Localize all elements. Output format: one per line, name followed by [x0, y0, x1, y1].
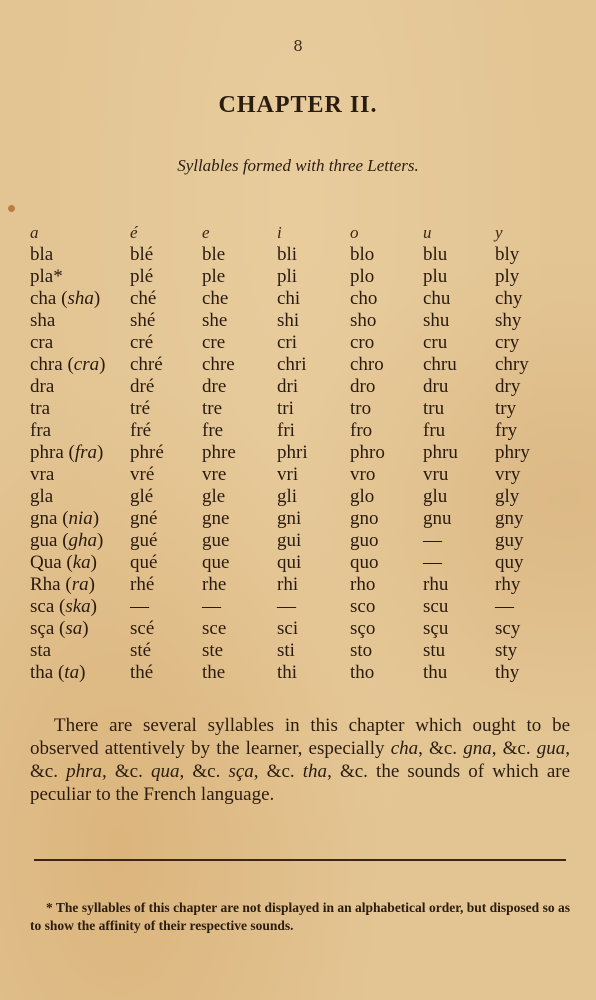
syllable-cell: glé: [130, 486, 153, 508]
pronunciation-note: fra: [75, 442, 97, 463]
syllable-cell: dro: [350, 376, 375, 398]
syllable: sça: [30, 618, 54, 639]
syllable-cell: guy: [495, 530, 524, 552]
syllable-cell: qué: [130, 552, 157, 574]
syllable-cell: gué: [130, 530, 157, 552]
row-first-syllable: sça (sa): [30, 618, 89, 640]
row-first-syllable: gua (gha): [30, 530, 103, 552]
syllable-cell: phre: [202, 442, 236, 464]
italic-syllable: sça: [228, 761, 253, 782]
syllable-cell: bly: [495, 244, 519, 266]
syllable-cell: gli: [277, 486, 297, 508]
syllable-cell: chu: [423, 288, 450, 310]
paragraph-text: , &c.: [254, 761, 303, 782]
syllable-cell: chré: [130, 354, 163, 376]
syllable-cell: rho: [350, 574, 375, 596]
syllable-cell: vré: [130, 464, 154, 486]
italic-syllable: qua: [151, 761, 180, 782]
syllable-cell: gni: [277, 508, 301, 530]
syllable-cell: try: [495, 398, 516, 420]
syllable-cell: vry: [495, 464, 520, 486]
footnote: * The syllables of this chapter are not …: [30, 899, 570, 935]
row-first-syllable: Rha (ra): [30, 574, 95, 596]
syllable-cell: chre: [202, 354, 235, 376]
footnote-divider: [34, 859, 566, 861]
syllable-cell: gui: [277, 530, 301, 552]
pronunciation-note: cra: [74, 354, 99, 375]
row-first-syllable: Qua (ka): [30, 552, 97, 574]
italic-syllable: gua: [537, 738, 566, 759]
syllable-cell: sce: [202, 618, 226, 640]
syllable-cell: dru: [423, 376, 448, 398]
syllable-cell: thi: [277, 662, 297, 684]
syllable: Qua: [30, 552, 62, 573]
syllable-cell: plé: [130, 266, 153, 288]
syllable-cell: cre: [202, 332, 225, 354]
syllable-cell: gné: [130, 508, 157, 530]
syllable: pla*: [30, 266, 63, 287]
pronunciation-note: ka: [73, 552, 91, 573]
pronunciation-note: sa: [65, 618, 82, 639]
syllable-cell: ble: [202, 244, 225, 266]
syllable-cell: sto: [350, 640, 372, 662]
syllable-cell: fry: [495, 420, 517, 442]
syllable-cell: she: [202, 310, 227, 332]
syllable-cell: —: [423, 530, 442, 552]
syllable: gna: [30, 508, 57, 529]
syllable-cell: thé: [130, 662, 153, 684]
syllable-cell: plu: [423, 266, 447, 288]
syllable: sha: [30, 310, 55, 331]
syllable-cell: bli: [277, 244, 297, 266]
syllable-cell: blé: [130, 244, 153, 266]
chapter-subtitle: Syllables formed with three Letters.: [0, 156, 596, 176]
syllable: fra: [30, 420, 51, 441]
syllable-cell: fre: [202, 420, 223, 442]
syllable-cell: thy: [495, 662, 519, 684]
italic-syllable: tha: [303, 761, 327, 782]
syllable-cell: ply: [495, 266, 519, 288]
pronunciation-note: nia: [69, 508, 93, 529]
paragraph-text: , &c.: [418, 738, 463, 759]
syllable: sca: [30, 596, 54, 617]
syllable-cell: tré: [130, 398, 150, 420]
syllable-cell: scu: [423, 596, 448, 618]
syllable: tra: [30, 398, 50, 419]
syllable-cell: vri: [277, 464, 298, 486]
syllable-cell: glo: [350, 486, 374, 508]
syllable-cell: cru: [423, 332, 447, 354]
pronunciation-note: gha: [69, 530, 98, 551]
row-first-syllable: pla*: [30, 266, 63, 288]
syllable-cell: rhi: [277, 574, 298, 596]
syllable-cell: —: [423, 552, 442, 574]
column-header: o: [350, 222, 359, 244]
syllable-cell: dry: [495, 376, 520, 398]
syllable: cra: [30, 332, 53, 353]
explanatory-paragraph: There are several syllables in this chap…: [30, 714, 570, 806]
syllable-cell: sço: [350, 618, 375, 640]
syllable-cell: sçu: [423, 618, 448, 640]
syllable-cell: —: [130, 596, 149, 618]
row-first-syllable: cha (sha): [30, 288, 100, 310]
syllable-cell: sté: [130, 640, 151, 662]
syllable-cell: quo: [350, 552, 379, 574]
syllable: tha: [30, 662, 53, 683]
chapter-title: CHAPTER II.: [0, 92, 596, 119]
syllable-cell: plo: [350, 266, 374, 288]
syllable-cell: chry: [495, 354, 529, 376]
syllable-cell: phro: [350, 442, 385, 464]
syllable-cell: ste: [202, 640, 223, 662]
row-first-syllable: gna (nia): [30, 508, 99, 530]
row-first-syllable: sta: [30, 640, 51, 662]
column-header: a: [30, 222, 39, 244]
syllable-cell: —: [202, 596, 221, 618]
pronunciation-note: ra: [72, 574, 89, 595]
syllable-cell: cro: [350, 332, 374, 354]
paragraph-text: , &c.: [492, 738, 537, 759]
syllable-cell: chy: [495, 288, 522, 310]
row-first-syllable: cra: [30, 332, 53, 354]
syllable-cell: blu: [423, 244, 447, 266]
page-number: 8: [0, 37, 596, 55]
syllable-cell: stu: [423, 640, 445, 662]
syllable-cell: dri: [277, 376, 298, 398]
syllable-cell: rhy: [495, 574, 520, 596]
italic-syllable: phra: [66, 761, 102, 782]
syllable-cell: shi: [277, 310, 299, 332]
syllable-cell: chru: [423, 354, 457, 376]
syllable: vra: [30, 464, 54, 485]
syllable: phra: [30, 442, 64, 463]
column-header: e: [202, 222, 210, 244]
row-first-syllable: vra: [30, 464, 54, 486]
syllable-cell: cré: [130, 332, 153, 354]
syllable-cell: guo: [350, 530, 379, 552]
pronunciation-note: ska: [65, 596, 90, 617]
row-first-syllable: phra (fra): [30, 442, 103, 464]
syllable-cell: fré: [130, 420, 151, 442]
syllable-cell: chri: [277, 354, 307, 376]
column-header: y: [495, 222, 503, 244]
syllable-cell: tho: [350, 662, 374, 684]
syllable-cell: blo: [350, 244, 374, 266]
syllable-cell: rhé: [130, 574, 154, 596]
syllable: sta: [30, 640, 51, 661]
syllable-cell: sti: [277, 640, 295, 662]
paper-stain: [8, 205, 15, 212]
syllable-cell: fro: [350, 420, 372, 442]
syllable-cell: que: [202, 552, 229, 574]
syllable-cell: tri: [277, 398, 294, 420]
syllable: bla: [30, 244, 53, 265]
syllable-cell: phré: [130, 442, 164, 464]
syllable-cell: qui: [277, 552, 301, 574]
italic-syllable: gna: [463, 738, 492, 759]
syllable-cell: sci: [277, 618, 298, 640]
syllable-cell: the: [202, 662, 225, 684]
syllable-cell: dre: [202, 376, 226, 398]
pronunciation-note: sha: [67, 288, 93, 309]
syllable-cell: fru: [423, 420, 445, 442]
row-first-syllable: bla: [30, 244, 53, 266]
syllable-cell: fri: [277, 420, 295, 442]
syllable-cell: ché: [130, 288, 156, 310]
paragraph-text: , &c.: [102, 761, 151, 782]
syllable-cell: quy: [495, 552, 524, 574]
syllable: Rha: [30, 574, 61, 595]
syllable-cell: cry: [495, 332, 519, 354]
syllable-cell: phri: [277, 442, 308, 464]
syllable-cell: shy: [495, 310, 521, 332]
syllable-cell: ple: [202, 266, 225, 288]
syllable: dra: [30, 376, 54, 397]
syllable-cell: cri: [277, 332, 297, 354]
syllable-cell: sho: [350, 310, 376, 332]
syllable-cell: gnu: [423, 508, 452, 530]
syllable-cell: vre: [202, 464, 226, 486]
syllable: gua: [30, 530, 57, 551]
italic-syllable: cha: [391, 738, 418, 759]
row-first-syllable: fra: [30, 420, 51, 442]
syllable-cell: tru: [423, 398, 444, 420]
column-header: é: [130, 222, 138, 244]
row-first-syllable: sca (ska): [30, 596, 97, 618]
pronunciation-note: ta: [64, 662, 79, 683]
syllable-cell: vro: [350, 464, 375, 486]
syllable: gla: [30, 486, 53, 507]
syllable-cell: glu: [423, 486, 447, 508]
paragraph-text: , &c.: [179, 761, 228, 782]
syllable-cell: tre: [202, 398, 222, 420]
syllable-cell: sco: [350, 596, 375, 618]
syllable-cell: scy: [495, 618, 520, 640]
syllable-cell: gny: [495, 508, 524, 530]
syllable-cell: shé: [130, 310, 155, 332]
row-first-syllable: tra: [30, 398, 50, 420]
column-header: u: [423, 222, 432, 244]
row-first-syllable: sha: [30, 310, 55, 332]
syllable: chra: [30, 354, 63, 375]
syllable-cell: —: [277, 596, 296, 618]
syllable-cell: pli: [277, 266, 297, 288]
syllable-cell: vru: [423, 464, 448, 486]
syllable-cell: gno: [350, 508, 379, 530]
syllable-cell: gle: [202, 486, 225, 508]
syllable-cell: sty: [495, 640, 517, 662]
syllable: cha: [30, 288, 56, 309]
syllable-cell: gue: [202, 530, 229, 552]
syllable-cell: chro: [350, 354, 384, 376]
syllable-cell: phru: [423, 442, 458, 464]
syllable-cell: cho: [350, 288, 377, 310]
syllable-cell: gne: [202, 508, 229, 530]
syllable-cell: che: [202, 288, 228, 310]
syllable-cell: rhe: [202, 574, 226, 596]
syllable-cell: dré: [130, 376, 154, 398]
syllable-cell: scé: [130, 618, 154, 640]
syllable-cell: chi: [277, 288, 300, 310]
row-first-syllable: dra: [30, 376, 54, 398]
syllable-cell: —: [495, 596, 514, 618]
column-header: i: [277, 222, 282, 244]
syllable-cell: gly: [495, 486, 519, 508]
syllable-cell: thu: [423, 662, 447, 684]
row-first-syllable: gla: [30, 486, 53, 508]
syllable-cell: tro: [350, 398, 371, 420]
syllable-cell: phry: [495, 442, 530, 464]
row-first-syllable: tha (ta): [30, 662, 85, 684]
row-first-syllable: chra (cra): [30, 354, 105, 376]
syllable-cell: shu: [423, 310, 449, 332]
syllable-cell: rhu: [423, 574, 448, 596]
